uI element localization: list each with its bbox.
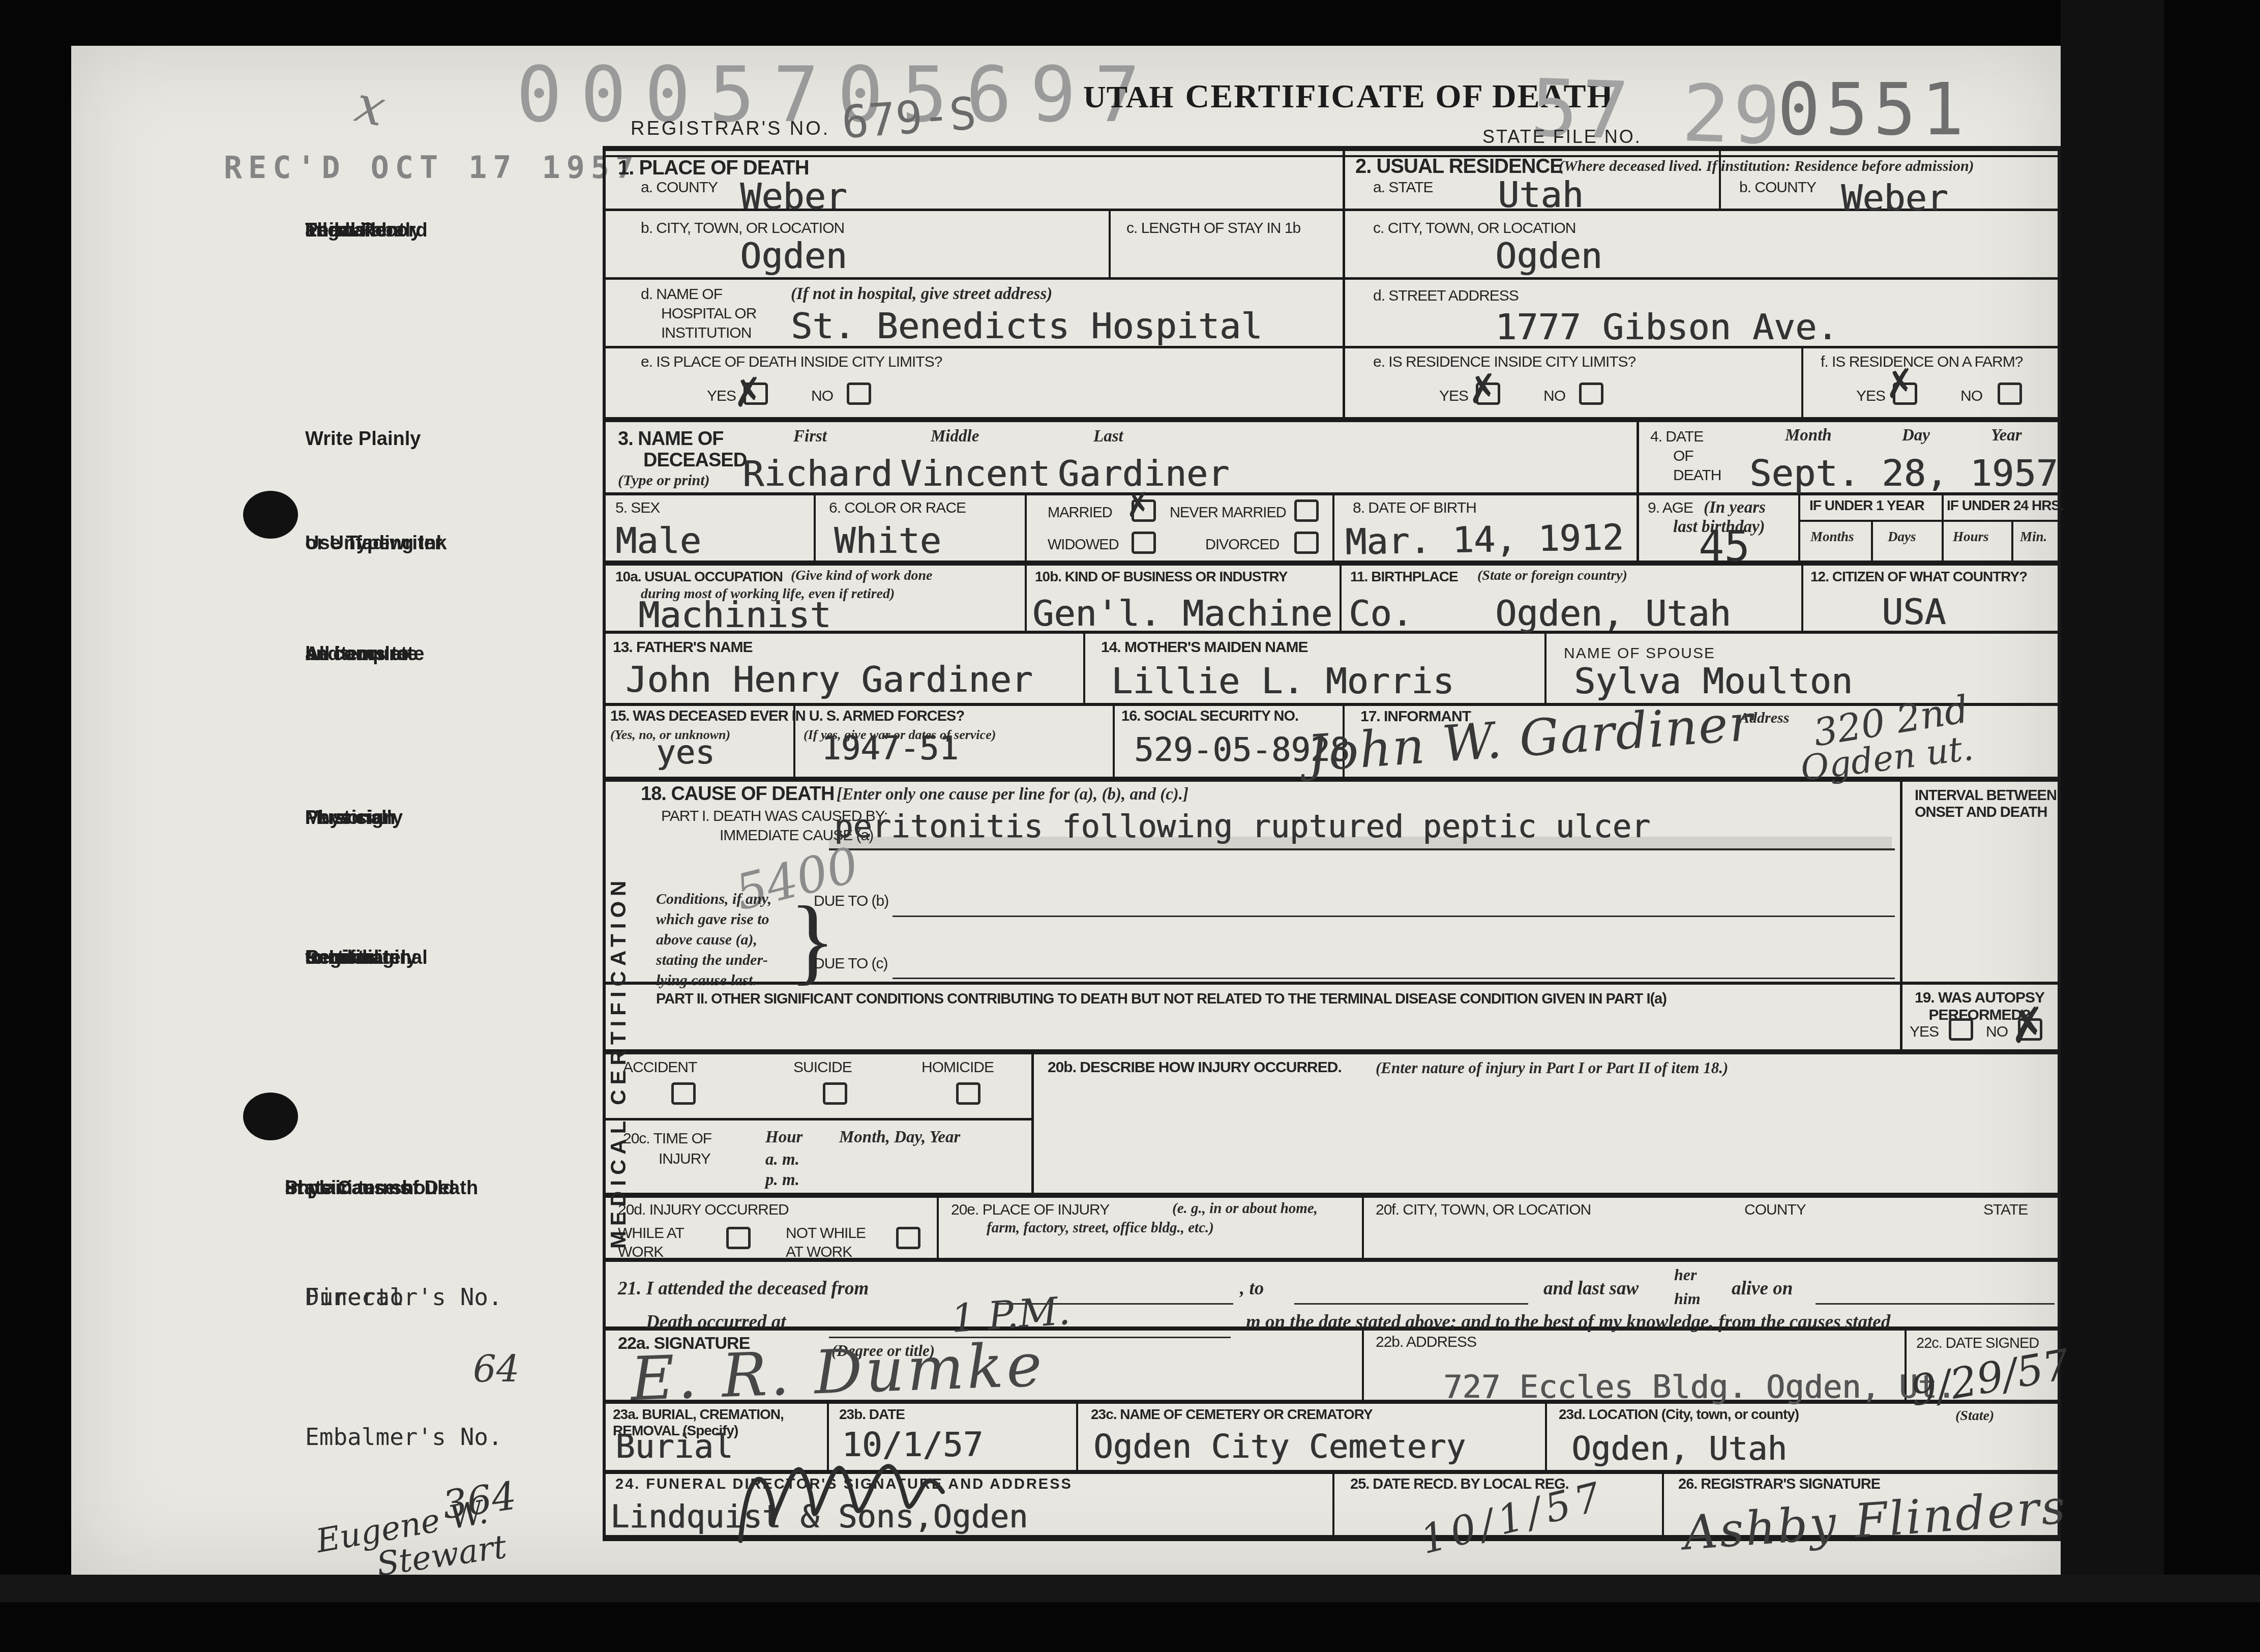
box18-due-c-label: DUE TO (c): [814, 955, 888, 972]
box9-months-label: Months: [1810, 529, 1854, 545]
box7-widowed-label: WIDOWED: [1048, 537, 1119, 553]
box21-her: her: [1674, 1265, 1697, 1284]
box19-no-xmark: ✗: [2006, 1000, 2050, 1051]
scan-edge-right2: [2164, 0, 2260, 1652]
box20c-mdy-label: Month, Day, Year: [839, 1128, 960, 1147]
box23d-value: Ogden, Utah: [1571, 1430, 1787, 1468]
box2d-label: d. STREET ADDRESS: [1373, 287, 1519, 305]
box3-middle-label: Middle: [931, 427, 979, 446]
state-file-number-stamp: 0551: [1777, 69, 1969, 152]
box20f-label: 20f. CITY, TOWN, OR LOCATION: [1376, 1201, 1591, 1219]
box26-label: 26. REGISTRAR'S SIGNATURE: [1678, 1476, 1880, 1493]
box20c-pm-label: p. m.: [765, 1171, 799, 1190]
received-date-stamp: REC'D OCT 17 1957: [224, 150, 640, 186]
box10a-label: 10a. USUAL OCCUPATION: [615, 569, 783, 585]
box20d-not-checkbox: [896, 1227, 920, 1249]
registrar-no-label: REGISTRAR'S NO.: [631, 118, 830, 140]
box2f-yes-xmark: ✗: [1882, 363, 1918, 405]
title-state: UTAH: [1083, 80, 1174, 114]
box2c-label: c. CITY, TOWN, OR LOCATION: [1373, 220, 1576, 237]
box20c-hour-label: Hour: [765, 1128, 802, 1147]
box23c-value: Ogden City Cemetery: [1093, 1428, 1466, 1466]
box7-married-label: MARRIED: [1048, 505, 1112, 521]
box10a-value: Machinist: [638, 594, 831, 636]
box1e-label: e. IS PLACE OF DEATH INSIDE CITY LIMITS?: [641, 353, 942, 371]
box20a-suicide-label: SUICIDE: [793, 1059, 852, 1076]
box21-line1d: alive on: [1732, 1278, 1793, 1300]
box11-note: (State or foreign country): [1477, 568, 1627, 584]
box2e-yes-label: YES: [1439, 388, 1468, 405]
medical-certification-vertical-label: MEDICAL CERTIFICATION: [606, 786, 631, 1249]
scan-edge-top: [0, 0, 2260, 46]
box23b-label: 23b. DATE: [839, 1406, 905, 1423]
box6-value: White: [834, 520, 941, 562]
state-file-no-label: STATE FILE NO.: [1482, 126, 1642, 147]
box3-title3: (Type or print): [618, 472, 710, 489]
box21-line2b: m on the date stated above; and to the b…: [1246, 1311, 1890, 1333]
box23d-state-note: (State): [1955, 1408, 1994, 1424]
box2a-value: Utah: [1498, 174, 1584, 216]
box4-day-label: Day: [1902, 426, 1930, 445]
box2c-value: Ogden: [1495, 235, 1602, 277]
box9-under24-label: IF UNDER 24 HRS.: [1947, 497, 2064, 514]
box2f-no-label: NO: [1960, 388, 1982, 405]
box20c-am-label: a. m.: [765, 1150, 799, 1169]
box23d-label: 23d. LOCATION (City, town, or county): [1559, 1406, 1799, 1423]
box9-under1-label: IF UNDER 1 YEAR: [1809, 497, 1924, 514]
box1d-note: (If not in hospital, give street address…: [791, 285, 1052, 304]
box18-interval-label: INTERVAL BETWEEN ONSET AND DEATH: [1915, 787, 2057, 821]
box7-never-checkbox: [1294, 499, 1319, 522]
box18-cause-value: peritonitis following ruptured peptic ul…: [834, 808, 1650, 845]
box9-value: 45: [1699, 521, 1750, 571]
box3-first-value: Richard: [742, 453, 893, 494]
box20e-note2: farm, factory, street, office bldg., etc…: [987, 1220, 1214, 1236]
box1a-label: a. COUNTY: [641, 179, 718, 196]
box2e-no-label: NO: [1543, 388, 1565, 405]
box18-due-b-label: DUE TO (b): [814, 893, 888, 910]
box2-title-note: (Where deceased lived. If institution: R…: [1559, 158, 2057, 175]
box2e-yes-xmark: ✗: [1465, 368, 1501, 410]
box9-note1: (In years: [1704, 498, 1766, 517]
box2e-label: e. IS RESIDENCE INSIDE CITY LIMITS?: [1373, 353, 1635, 371]
box7-never-label: NEVER MARRIED: [1170, 505, 1286, 521]
box20a-accident-label: ACCIDENT: [623, 1059, 697, 1076]
box20a-homicide-checkbox: [956, 1082, 980, 1105]
box21-line1c: and last saw: [1543, 1278, 1639, 1300]
box9-hours-label: Hours: [1953, 529, 1989, 545]
box20d-label: 20d. INJURY OCCURRED: [618, 1201, 789, 1219]
box8-value: Mar. 14, 1912: [1345, 516, 1624, 563]
box21-line2a: Death occurred at: [646, 1311, 786, 1333]
box7-divorced-checkbox: [1294, 532, 1319, 554]
box1b-label: b. CITY, TOWN, OR LOCATION: [641, 220, 844, 237]
box7-widowed-checkbox: [1132, 532, 1156, 554]
box2b-value: Weber: [1841, 177, 1948, 219]
box21-him: him: [1674, 1289, 1701, 1308]
box15-label: 15. WAS DECEASED EVER IN U. S. ARMED FOR…: [610, 708, 964, 725]
box2f-yes-label: YES: [1856, 388, 1885, 405]
box20d-not-label2: AT WORK: [786, 1244, 852, 1261]
box20f-county-label: COUNTY: [1744, 1201, 1806, 1219]
box3-title2: DECEASED: [643, 450, 747, 471]
box1e-no-checkbox: [847, 382, 871, 405]
box20e-note1: (e. g., in or about home,: [1172, 1200, 1318, 1217]
box2b-label: b. COUNTY: [1739, 179, 1816, 196]
box4-month-label: Month: [1785, 426, 1832, 445]
box19-yes-label: YES: [1910, 1023, 1939, 1041]
box1d-value: St. Benedicts Hospital: [791, 305, 1262, 347]
box5-value: Male: [615, 520, 701, 562]
box13-label: 13. FATHER'S NAME: [613, 639, 753, 656]
box2d-value: 1777 Gibson Ave.: [1495, 306, 1838, 348]
box4-year-label: Year: [1991, 426, 2022, 445]
box11-value: Ogden, Utah: [1495, 593, 1731, 634]
physician-signature: E. R. Dumke: [630, 1330, 1046, 1414]
box1d-label1: d. NAME OF: [641, 286, 722, 303]
box20d-not-label1: NOT WHILE: [786, 1225, 866, 1242]
box2a-label: a. STATE: [1373, 179, 1433, 196]
box20b-note: (Enter nature of injury in Part I or Par…: [1376, 1059, 1728, 1077]
box7-married-xmark: ✗: [1123, 488, 1153, 523]
box1e-yes-xmark: ✗: [730, 372, 766, 414]
box10b-label: 10b. KIND OF BUSINESS OR INDUSTRY: [1035, 569, 1287, 585]
box20f-state-label: STATE: [1983, 1201, 2028, 1219]
registrar-no-value: 679-S: [840, 87, 978, 149]
hole-punch-top: [243, 491, 298, 539]
spouse-value: Sylva Moulton: [1574, 660, 1853, 702]
hole-punch-bottom: [243, 1093, 298, 1140]
scan-edge-left: [0, 0, 71, 1652]
box1d-label3: INSTITUTION: [661, 324, 751, 342]
spouse-label: NAME OF SPOUSE: [1564, 645, 1715, 662]
box2f-no-checkbox: [1998, 382, 2022, 405]
box3-first-label: First: [793, 427, 827, 446]
box12-label: 12. CITIZEN OF WHAT COUNTRY?: [1810, 569, 2027, 585]
box22b-value: 727 Eccles Bldg. Ogden, Ut.: [1443, 1368, 1956, 1405]
box10b-value: Gen'l. Machine: [1032, 593, 1332, 634]
box18-title: 18. CAUSE OF DEATH: [641, 783, 834, 805]
serial-number-stamp: 0005705697: [516, 51, 1158, 139]
box3-title1: 3. NAME OF: [618, 428, 723, 450]
box2f-label: f. IS RESIDENCE ON A FARM?: [1821, 353, 2023, 371]
box14-value: Lillie L. Morris: [1111, 660, 1454, 702]
box1e-no-label: NO: [811, 388, 833, 405]
box20d-while-label1: WHILE AT: [618, 1225, 684, 1242]
box6-label: 6. COLOR OR RACE: [829, 499, 966, 517]
box22b-label: 22b. ADDRESS: [1376, 1334, 1476, 1351]
box19-yes-checkbox: [1949, 1018, 1973, 1041]
box23c-label: 23c. NAME OF CEMETERY OR CREMATORY: [1091, 1406, 1373, 1423]
box20d-while-checkbox: [726, 1227, 751, 1249]
box8-label: 8. DATE OF BIRTH: [1353, 499, 1476, 517]
box14-label: 14. MOTHER'S MAIDEN NAME: [1101, 639, 1308, 656]
box1b-value: Ogden: [740, 235, 847, 277]
funeral-directors-no-value: 64: [473, 1348, 520, 1391]
box21-line1a: 21. I attended the deceased from: [618, 1278, 869, 1300]
box13-value: John Henry Gardiner: [626, 659, 1033, 700]
box2e-no-checkbox: [1579, 382, 1603, 405]
box5-label: 5. SEX: [615, 499, 660, 517]
box4-value: Sept. 28, 1957: [1749, 452, 2058, 494]
box3-last-label: Last: [1093, 427, 1123, 446]
box21-line1b: , to: [1240, 1278, 1264, 1300]
scanned-death-certificate: x REC'D OCT 17 1957 This is aLegal Recor…: [0, 0, 2260, 1652]
box20a-homicide-label: HOMICIDE: [921, 1059, 994, 1076]
box20a-suicide-checkbox: [823, 1082, 847, 1105]
scan-edge-bottom2: [0, 1602, 2260, 1652]
box20a-accident-checkbox: [671, 1082, 696, 1105]
box20c-label1: 20c. TIME OF: [623, 1130, 711, 1147]
box4-label2: OF: [1673, 448, 1693, 465]
box9-days-label: Days: [1888, 529, 1916, 545]
box10a-note1: (Give kind of work done: [791, 568, 932, 584]
box20b-label: 20b. DESCRIBE HOW INJURY OCCURRED.: [1048, 1059, 1342, 1076]
box9-min-label: Min.: [2020, 529, 2047, 545]
box1a-value: Weber: [740, 175, 847, 217]
box1c-label: c. LENGTH OF STAY IN 1b: [1126, 220, 1300, 237]
box1d-label2: HOSPITAL OR: [661, 305, 756, 322]
box15-value2: 1947-51: [821, 730, 959, 768]
box19-no-label: NO: [1986, 1023, 2008, 1041]
box9-label: 9. AGE: [1648, 499, 1693, 517]
box11-label: 11. BIRTHPLACE: [1350, 569, 1458, 585]
box4-label1: 4. DATE: [1650, 428, 1703, 446]
box18-title-note: [Enter only one cause per line for (a), …: [837, 785, 1188, 804]
box3-middle-value: Vincent: [900, 453, 1050, 494]
box20c-label2: INJURY: [659, 1150, 710, 1168]
box20d-while-label2: WORK: [618, 1244, 663, 1261]
box12-value: USA: [1882, 591, 1946, 633]
box20e-label: 20e. PLACE OF INJURY: [951, 1201, 1109, 1219]
box16-label: 16. SOCIAL SECURITY NO.: [1121, 708, 1298, 725]
box11-value-co: Co.: [1349, 593, 1413, 634]
box18-conditions: Conditions, if any, which gave rise to a…: [656, 889, 771, 991]
box15-value1: yes: [656, 734, 715, 772]
box23a-value: Burial: [615, 1428, 733, 1466]
box7-divorced-label: DIVORCED: [1205, 537, 1279, 553]
box18-part2-label: PART II. OTHER SIGNIFICANT CONDITIONS CO…: [656, 991, 1877, 1008]
box4-label3: DEATH: [1673, 467, 1721, 484]
